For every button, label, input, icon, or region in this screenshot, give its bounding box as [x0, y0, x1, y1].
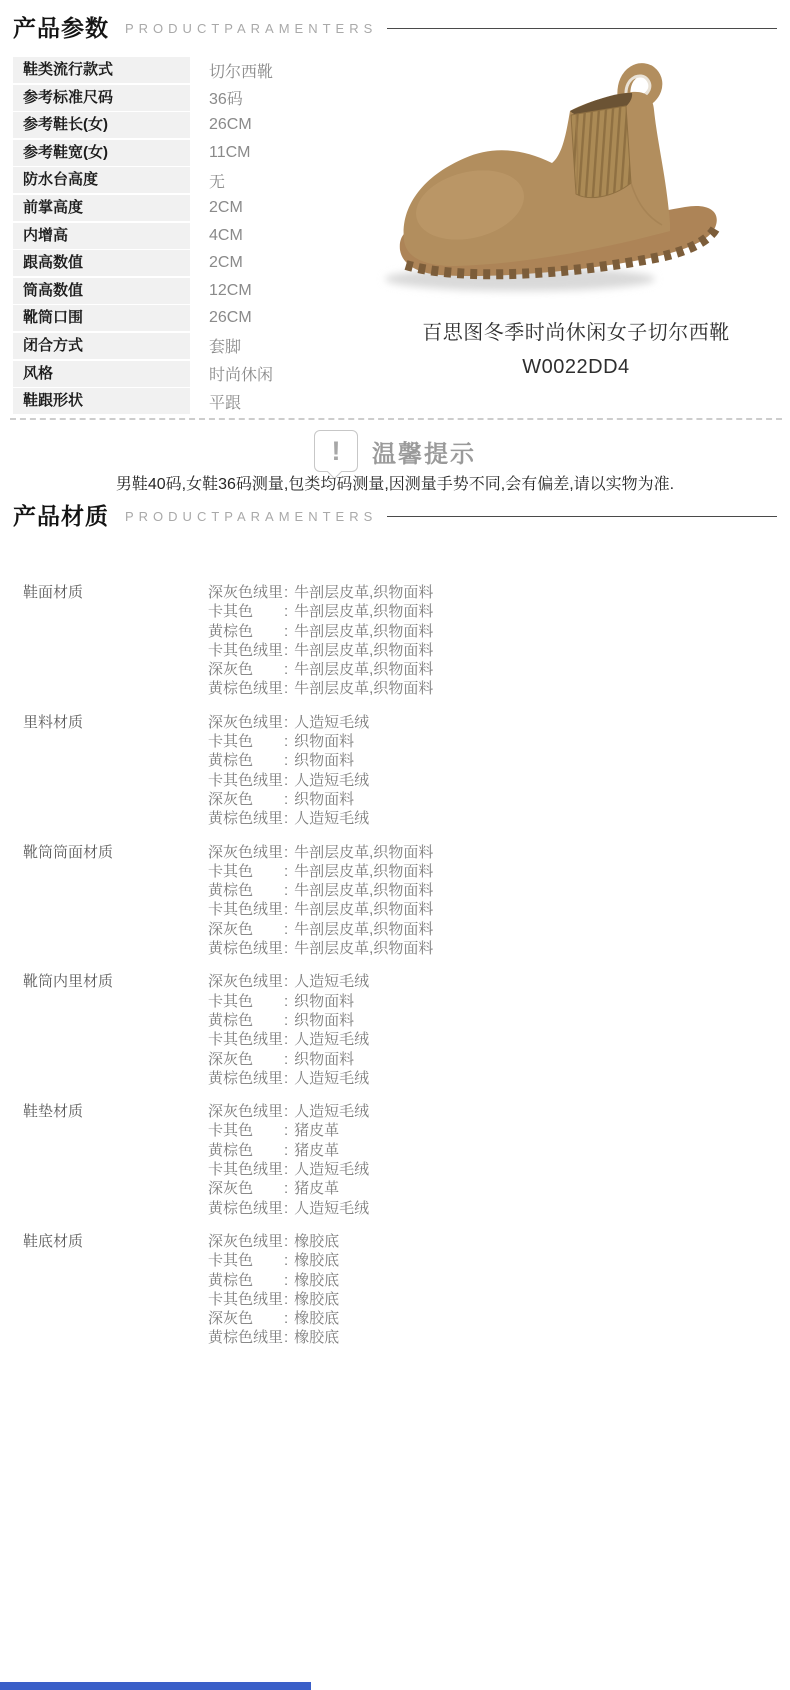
material-colon: : [284, 1328, 288, 1347]
material-block: 里料材质 深灰色绒里:人造短毛绒 卡其色:织物面料 黄棕色:织物面料 卡其色绒里… [23, 713, 773, 829]
material-colon: : [284, 641, 288, 660]
material-color: 黄棕色 [208, 1011, 284, 1030]
material-color: 卡其色 [208, 862, 284, 881]
material-label: 靴筒内里材质 [23, 972, 208, 1088]
material-colon: : [284, 583, 288, 602]
material-color: 卡其色绒里 [208, 1160, 284, 1179]
material-row: 深灰色:猪皮革 [208, 1179, 773, 1198]
tips-text: 男鞋40码,女鞋36码测量,包类均码测量,因测量手势不同,会有偏差,请以实物为准… [0, 471, 790, 494]
spec-label: 鞋类流行款式 [13, 57, 190, 83]
material-value: 人造短毛绒 [294, 810, 369, 827]
spec-label: 鞋跟形状 [13, 388, 190, 414]
spec-row: 鞋跟形状平跟 [13, 388, 413, 414]
spec-row: 鞋类流行款式切尔西靴 [13, 57, 413, 83]
material-value: 人造短毛绒 [294, 714, 369, 731]
material-value: 人造短毛绒 [294, 1103, 369, 1120]
material-colon: : [284, 843, 288, 862]
material-value: 牛剖层皮革,织物面料 [294, 844, 433, 861]
material-value: 牛剖层皮革,织物面料 [294, 921, 433, 938]
spec-value: 2CM [209, 199, 243, 217]
spec-row: 跟高数值2CM [13, 250, 413, 276]
material-row: 卡其色绒里:橡胶底 [208, 1290, 773, 1309]
spec-row: 风格时尚休闲 [13, 361, 413, 387]
material-colon: : [284, 732, 288, 751]
material-color: 卡其色 [208, 732, 284, 751]
material-row: 黄棕色:织物面料 [208, 751, 773, 770]
material-value: 橡胶底 [294, 1252, 339, 1269]
spec-value: 切尔西靴 [209, 59, 273, 82]
material-value: 牛剖层皮革,织物面料 [294, 882, 433, 899]
material-colon: : [284, 790, 288, 809]
material-label: 鞋面材质 [23, 583, 208, 699]
exclamation-glyph: ! [332, 438, 341, 465]
spec-value: 无 [209, 169, 225, 192]
spec-value: 11CM [209, 144, 251, 162]
material-row: 深灰色:牛剖层皮革,织物面料 [208, 660, 773, 679]
material-block: 鞋垫材质 深灰色绒里:人造短毛绒 卡其色:猪皮革 黄棕色:猪皮革 卡其色绒里:人… [23, 1102, 773, 1218]
material-color: 卡其色绒里 [208, 771, 284, 790]
section-subtitle: PRODUCTPARAMENTERS [125, 509, 377, 524]
material-block: 鞋底材质 深灰色绒里:橡胶底 卡其色:橡胶底 黄棕色:橡胶底 卡其色绒里:橡胶底… [23, 1232, 773, 1348]
material-colon: : [284, 920, 288, 939]
material-row: 黄棕色:织物面料 [208, 1011, 773, 1030]
material-row: 卡其色:织物面料 [208, 732, 773, 751]
material-value: 人造短毛绒 [294, 973, 369, 990]
material-colon: : [284, 900, 288, 919]
material-color: 黄棕色 [208, 1271, 284, 1290]
material-value: 织物面料 [294, 752, 354, 769]
material-row: 深灰色:牛剖层皮革,织物面料 [208, 920, 773, 939]
material-value: 牛剖层皮革,织物面料 [294, 863, 433, 880]
material-color: 黄棕色绒里 [208, 939, 284, 958]
material-colon: : [284, 1102, 288, 1121]
material-colon: : [284, 1290, 288, 1309]
material-value: 猪皮革 [294, 1142, 339, 1159]
material-value: 人造短毛绒 [294, 1031, 369, 1048]
material-colon: : [284, 1050, 288, 1069]
spec-value: 2CM [209, 254, 243, 272]
material-row: 黄棕色绒里:橡胶底 [208, 1328, 773, 1347]
material-colon: : [284, 992, 288, 1011]
material-colon: : [284, 679, 288, 698]
material-colon: : [284, 1271, 288, 1290]
material-row: 深灰色:织物面料 [208, 790, 773, 809]
material-color: 深灰色绒里 [208, 1232, 284, 1251]
next-banner-edge [0, 1682, 311, 1690]
spec-row: 内增高4CM [13, 223, 413, 249]
material-color: 黄棕色绒里 [208, 1199, 284, 1218]
material-value: 织物面料 [294, 1051, 354, 1068]
material-value: 织物面料 [294, 993, 354, 1010]
spec-value: 时尚休闲 [209, 362, 273, 385]
material-row: 深灰色绒里:人造短毛绒 [208, 972, 773, 991]
material-colon: : [284, 1141, 288, 1160]
material-value: 人造短毛绒 [294, 1161, 369, 1178]
material-row: 深灰色绒里:人造短毛绒 [208, 1102, 773, 1121]
material-colon: : [284, 972, 288, 991]
material-color: 黄棕色绒里 [208, 1069, 284, 1088]
material-block: 靴筒筒面材质 深灰色绒里:牛剖层皮革,织物面料 卡其色:牛剖层皮革,织物面料 黄… [23, 843, 773, 959]
material-value: 牛剖层皮革,织物面料 [294, 603, 433, 620]
material-row: 卡其色绒里:人造短毛绒 [208, 1030, 773, 1049]
material-color: 深灰色 [208, 1179, 284, 1198]
material-row: 黄棕色绒里:人造短毛绒 [208, 1069, 773, 1088]
material-value: 牛剖层皮革,织物面料 [294, 623, 433, 640]
material-colon: : [284, 881, 288, 900]
spec-row: 靴筒口围26CM [13, 305, 413, 331]
spec-table: 鞋类流行款式切尔西靴 参考标准尺码36码 参考鞋长(女)26CM 参考鞋宽(女)… [13, 57, 413, 416]
material-row: 黄棕色:猪皮革 [208, 1141, 773, 1160]
material-color: 黄棕色绒里 [208, 679, 284, 698]
material-colon: : [284, 1199, 288, 1218]
chelsea-boot-image [370, 55, 782, 305]
material-row: 黄棕色:牛剖层皮革,织物面料 [208, 881, 773, 900]
material-block: 鞋面材质 深灰色绒里:牛剖层皮革,织物面料 卡其色:牛剖层皮革,织物面料 黄棕色… [23, 583, 773, 699]
material-value: 猪皮革 [294, 1180, 339, 1197]
material-color: 深灰色绒里 [208, 843, 284, 862]
spec-label: 内增高 [13, 223, 190, 249]
material-value: 猪皮革 [294, 1122, 339, 1139]
material-colon: : [284, 660, 288, 679]
material-label: 里料材质 [23, 713, 208, 829]
material-color: 卡其色绒里 [208, 641, 284, 660]
material-color: 深灰色绒里 [208, 972, 284, 991]
material-row: 深灰色绒里:橡胶底 [208, 1232, 773, 1251]
material-row: 深灰色绒里:牛剖层皮革,织物面料 [208, 843, 773, 862]
section-title: 产品参数 [13, 10, 109, 43]
section-title: 产品材质 [13, 498, 109, 531]
material-colon: : [284, 713, 288, 732]
material-value: 牛剖层皮革,织物面料 [294, 584, 433, 601]
material-color: 黄棕色 [208, 751, 284, 770]
spec-row: 参考鞋长(女)26CM [13, 112, 413, 138]
product-panel: 百思图冬季时尚休闲女子切尔西靴 W0022DD4 [370, 55, 782, 379]
material-colon: : [284, 1011, 288, 1030]
material-value: 橡胶底 [294, 1291, 339, 1308]
material-row: 黄棕色绒里:牛剖层皮革,织物面料 [208, 679, 773, 698]
material-value: 牛剖层皮革,织物面料 [294, 642, 433, 659]
material-value: 织物面料 [294, 1012, 354, 1029]
material-row: 卡其色绒里:牛剖层皮革,织物面料 [208, 641, 773, 660]
material-value: 织物面料 [294, 733, 354, 750]
header-rule [387, 28, 777, 29]
material-colon: : [284, 771, 288, 790]
material-value: 橡胶底 [294, 1310, 339, 1327]
spec-row: 闭合方式套脚 [13, 333, 413, 359]
spec-label: 跟高数值 [13, 250, 190, 276]
material-row: 卡其色:猪皮革 [208, 1121, 773, 1140]
material-colon: : [284, 1179, 288, 1198]
spec-row: 前掌高度2CM [13, 195, 413, 221]
material-value: 牛剖层皮革,织物面料 [294, 661, 433, 678]
material-row: 卡其色:织物面料 [208, 992, 773, 1011]
material-colon: : [284, 1309, 288, 1328]
material-color: 黄棕色 [208, 881, 284, 900]
spec-value: 26CM [209, 116, 252, 134]
materials-list: 鞋面材质 深灰色绒里:牛剖层皮革,织物面料 卡其色:牛剖层皮革,织物面料 黄棕色… [23, 583, 773, 1362]
material-colon: : [284, 751, 288, 770]
material-value: 人造短毛绒 [294, 1070, 369, 1087]
material-color: 深灰色绒里 [208, 713, 284, 732]
spec-row: 防水台高度无 [13, 167, 413, 193]
material-row: 卡其色绒里:牛剖层皮革,织物面料 [208, 900, 773, 919]
material-rows: 深灰色绒里:橡胶底 卡其色:橡胶底 黄棕色:橡胶底 卡其色绒里:橡胶底 深灰色:… [208, 1232, 773, 1348]
material-colon: : [284, 1121, 288, 1140]
material-row: 深灰色:橡胶底 [208, 1309, 773, 1328]
material-rows: 深灰色绒里:人造短毛绒 卡其色:猪皮革 黄棕色:猪皮革 卡其色绒里:人造短毛绒 … [208, 1102, 773, 1218]
material-block: 靴筒内里材质 深灰色绒里:人造短毛绒 卡其色:织物面料 黄棕色:织物面料 卡其色… [23, 972, 773, 1088]
tips-title: 温馨提示 [372, 434, 476, 469]
material-label: 鞋底材质 [23, 1232, 208, 1348]
material-color: 黄棕色绒里 [208, 809, 284, 828]
spec-value: 26CM [209, 309, 252, 327]
material-color: 卡其色 [208, 1251, 284, 1270]
material-row: 深灰色绒里:牛剖层皮革,织物面料 [208, 583, 773, 602]
spec-value: 套脚 [209, 334, 241, 357]
material-color: 深灰色绒里 [208, 1102, 284, 1121]
spec-value: 12CM [209, 282, 252, 300]
material-value: 橡胶底 [294, 1329, 339, 1346]
material-color: 黄棕色绒里 [208, 1328, 284, 1347]
spec-row: 参考标准尺码36码 [13, 85, 413, 111]
material-value: 织物面料 [294, 791, 354, 808]
material-value: 牛剖层皮革,织物面料 [294, 680, 433, 697]
spec-row: 参考鞋宽(女)11CM [13, 140, 413, 166]
dashed-divider [10, 418, 782, 420]
spec-label: 前掌高度 [13, 195, 190, 221]
spec-label: 参考标准尺码 [13, 85, 190, 111]
material-rows: 深灰色绒里:牛剖层皮革,织物面料 卡其色:牛剖层皮革,织物面料 黄棕色:牛剖层皮… [208, 843, 773, 959]
material-value: 人造短毛绒 [294, 772, 369, 789]
product-name: 百思图冬季时尚休闲女子切尔西靴 [370, 316, 782, 345]
material-color: 深灰色 [208, 920, 284, 939]
material-row: 卡其色:牛剖层皮革,织物面料 [208, 862, 773, 881]
product-model: W0022DD4 [370, 356, 782, 379]
product-detail-page: 产品参数 PRODUCTPARAMENTERS 鞋类流行款式切尔西靴 参考标准尺… [0, 0, 790, 1690]
material-rows: 深灰色绒里:人造短毛绒 卡其色:织物面料 黄棕色:织物面料 卡其色绒里:人造短毛… [208, 972, 773, 1088]
material-color: 卡其色 [208, 992, 284, 1011]
material-value: 橡胶底 [294, 1233, 339, 1250]
material-color: 深灰色 [208, 660, 284, 679]
material-color: 深灰色 [208, 1309, 284, 1328]
material-value: 牛剖层皮革,织物面料 [294, 940, 433, 957]
exclamation-bubble-icon: ! [314, 430, 358, 472]
material-row: 深灰色:织物面料 [208, 1050, 773, 1069]
spec-label: 参考鞋长(女) [13, 112, 190, 138]
material-colon: : [284, 939, 288, 958]
material-color: 黄棕色 [208, 1141, 284, 1160]
spec-label: 闭合方式 [13, 333, 190, 359]
material-row: 黄棕色绒里:人造短毛绒 [208, 809, 773, 828]
material-row: 卡其色绒里:人造短毛绒 [208, 1160, 773, 1179]
material-color: 卡其色绒里 [208, 1290, 284, 1309]
spec-value: 平跟 [209, 390, 241, 413]
material-colon: : [284, 1160, 288, 1179]
material-label: 鞋垫材质 [23, 1102, 208, 1218]
material-colon: : [284, 1232, 288, 1251]
material-color: 深灰色绒里 [208, 583, 284, 602]
material-rows: 深灰色绒里:人造短毛绒 卡其色:织物面料 黄棕色:织物面料 卡其色绒里:人造短毛… [208, 713, 773, 829]
material-color: 卡其色 [208, 602, 284, 621]
spec-label: 靴筒口围 [13, 305, 190, 331]
spec-label: 防水台高度 [13, 167, 190, 193]
material-rows: 深灰色绒里:牛剖层皮革,织物面料 卡其色:牛剖层皮革,织物面料 黄棕色:牛剖层皮… [208, 583, 773, 699]
material-value: 橡胶底 [294, 1272, 339, 1289]
material-row: 黄棕色绒里:牛剖层皮革,织物面料 [208, 939, 773, 958]
spec-value: 36码 [209, 86, 243, 109]
header-rule [387, 516, 777, 517]
section-header-materials: 产品材质 PRODUCTPARAMENTERS [13, 498, 777, 531]
spec-label: 筒高数值 [13, 278, 190, 304]
material-row: 卡其色绒里:人造短毛绒 [208, 771, 773, 790]
spec-row: 筒高数值12CM [13, 278, 413, 304]
material-color: 深灰色 [208, 790, 284, 809]
material-value: 牛剖层皮革,织物面料 [294, 901, 433, 918]
spec-label: 风格 [13, 361, 190, 387]
section-header-parameters: 产品参数 PRODUCTPARAMENTERS [13, 10, 777, 43]
material-color: 深灰色 [208, 1050, 284, 1069]
material-row: 黄棕色:牛剖层皮革,织物面料 [208, 622, 773, 641]
material-row: 深灰色绒里:人造短毛绒 [208, 713, 773, 732]
material-colon: : [284, 809, 288, 828]
material-row: 卡其色:牛剖层皮革,织物面料 [208, 602, 773, 621]
section-subtitle: PRODUCTPARAMENTERS [125, 21, 377, 36]
spec-label: 参考鞋宽(女) [13, 140, 190, 166]
tips-header: ! 温馨提示 [0, 430, 790, 472]
material-color: 黄棕色 [208, 622, 284, 641]
material-row: 黄棕色绒里:人造短毛绒 [208, 1199, 773, 1218]
material-colon: : [284, 1030, 288, 1049]
material-colon: : [284, 1251, 288, 1270]
material-colon: : [284, 862, 288, 881]
material-colon: : [284, 1069, 288, 1088]
material-color: 卡其色绒里 [208, 1030, 284, 1049]
material-color: 卡其色 [208, 1121, 284, 1140]
material-label: 靴筒筒面材质 [23, 843, 208, 959]
material-colon: : [284, 622, 288, 641]
material-color: 卡其色绒里 [208, 900, 284, 919]
material-value: 人造短毛绒 [294, 1200, 369, 1217]
spec-value: 4CM [209, 227, 243, 245]
material-colon: : [284, 602, 288, 621]
material-row: 黄棕色:橡胶底 [208, 1271, 773, 1290]
material-row: 卡其色:橡胶底 [208, 1251, 773, 1270]
